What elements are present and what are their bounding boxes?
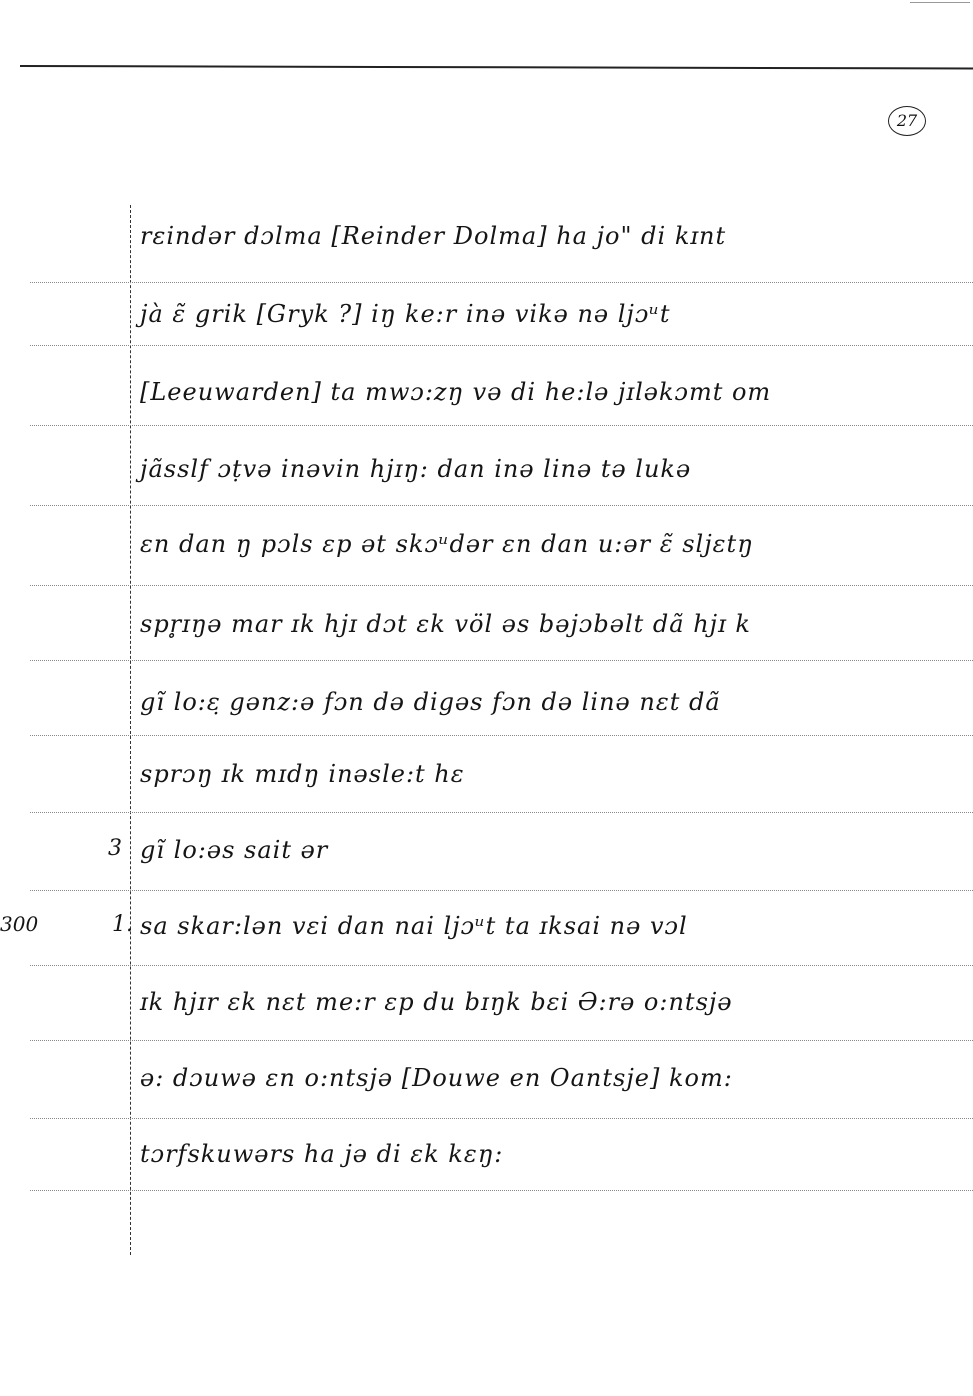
page-number-circled: 27 — [888, 106, 926, 136]
handwritten-line: gĩ lo:əs sait ər — [140, 836, 328, 864]
line-guide — [30, 660, 973, 661]
handwritten-line: jà ɛ̃ grik [Gryk ?] iŋ ke:r inə vikə nə … — [140, 300, 671, 328]
handwritten-line: [Leeuwarden] ta mwɔ:zŋ və di he:lə jɪlək… — [140, 378, 771, 406]
line-guide — [30, 585, 973, 586]
handwritten-line: rεindər dɔlma [Reinder Dolma] ha jo" di … — [140, 222, 726, 250]
margin-note: 300 — [0, 912, 38, 936]
handwritten-line: jãsslf ɔṭvə inəvin hjɪŋ: dan inə linə tə… — [140, 455, 691, 483]
margin-number: 3 — [108, 836, 122, 861]
line-guide — [30, 735, 973, 736]
handwritten-page: 27 rεindər dɔlma [Reinder Dolma] ha jo" … — [0, 0, 973, 1396]
margin-rule — [130, 205, 132, 1255]
line-guide — [30, 1190, 973, 1191]
line-guide — [30, 425, 973, 426]
handwritten-line: ɪk hjɪr ɛk nɛt me:r ɛp du bɪŋk bɛi Ə:rə … — [140, 988, 733, 1016]
handwritten-line: ɛn dan ŋ pɔls ɛp ət skɔᵘdər ɛn dan u:ər … — [140, 530, 754, 558]
handwritten-line: sa skar:lən vɛi dan nai ljɔᵘt ta ɪksai n… — [140, 912, 688, 940]
line-guide — [30, 890, 973, 891]
line-guide — [30, 282, 973, 283]
scan-mark — [910, 2, 970, 3]
handwritten-line: gĩ lo:ɛ̣ gənz:ə fɔn də digəs fɔn də linə… — [140, 688, 721, 716]
header-rule — [20, 65, 973, 69]
handwritten-line: sprɔŋ ɪk mɪdŋ inəsle:t hɛ — [140, 760, 465, 788]
line-guide — [30, 1118, 973, 1119]
handwritten-line: ə: dɔuwə ɛn o:ntsjə [Douwe en Oantsje] k… — [140, 1064, 733, 1092]
line-guide — [30, 505, 973, 506]
margin-number: 1. — [112, 912, 133, 937]
line-guide — [30, 812, 973, 813]
line-guide — [30, 1040, 973, 1041]
handwritten-line: spr̥ɪŋə mar ɪk hjɪ dɔt ɛk völ əs bəjɔbəl… — [140, 610, 751, 638]
handwritten-line: tɔrfskuwərs ha jə di ɛk kɛŋ: — [140, 1140, 503, 1168]
line-guide — [30, 345, 973, 346]
line-guide — [30, 965, 973, 966]
